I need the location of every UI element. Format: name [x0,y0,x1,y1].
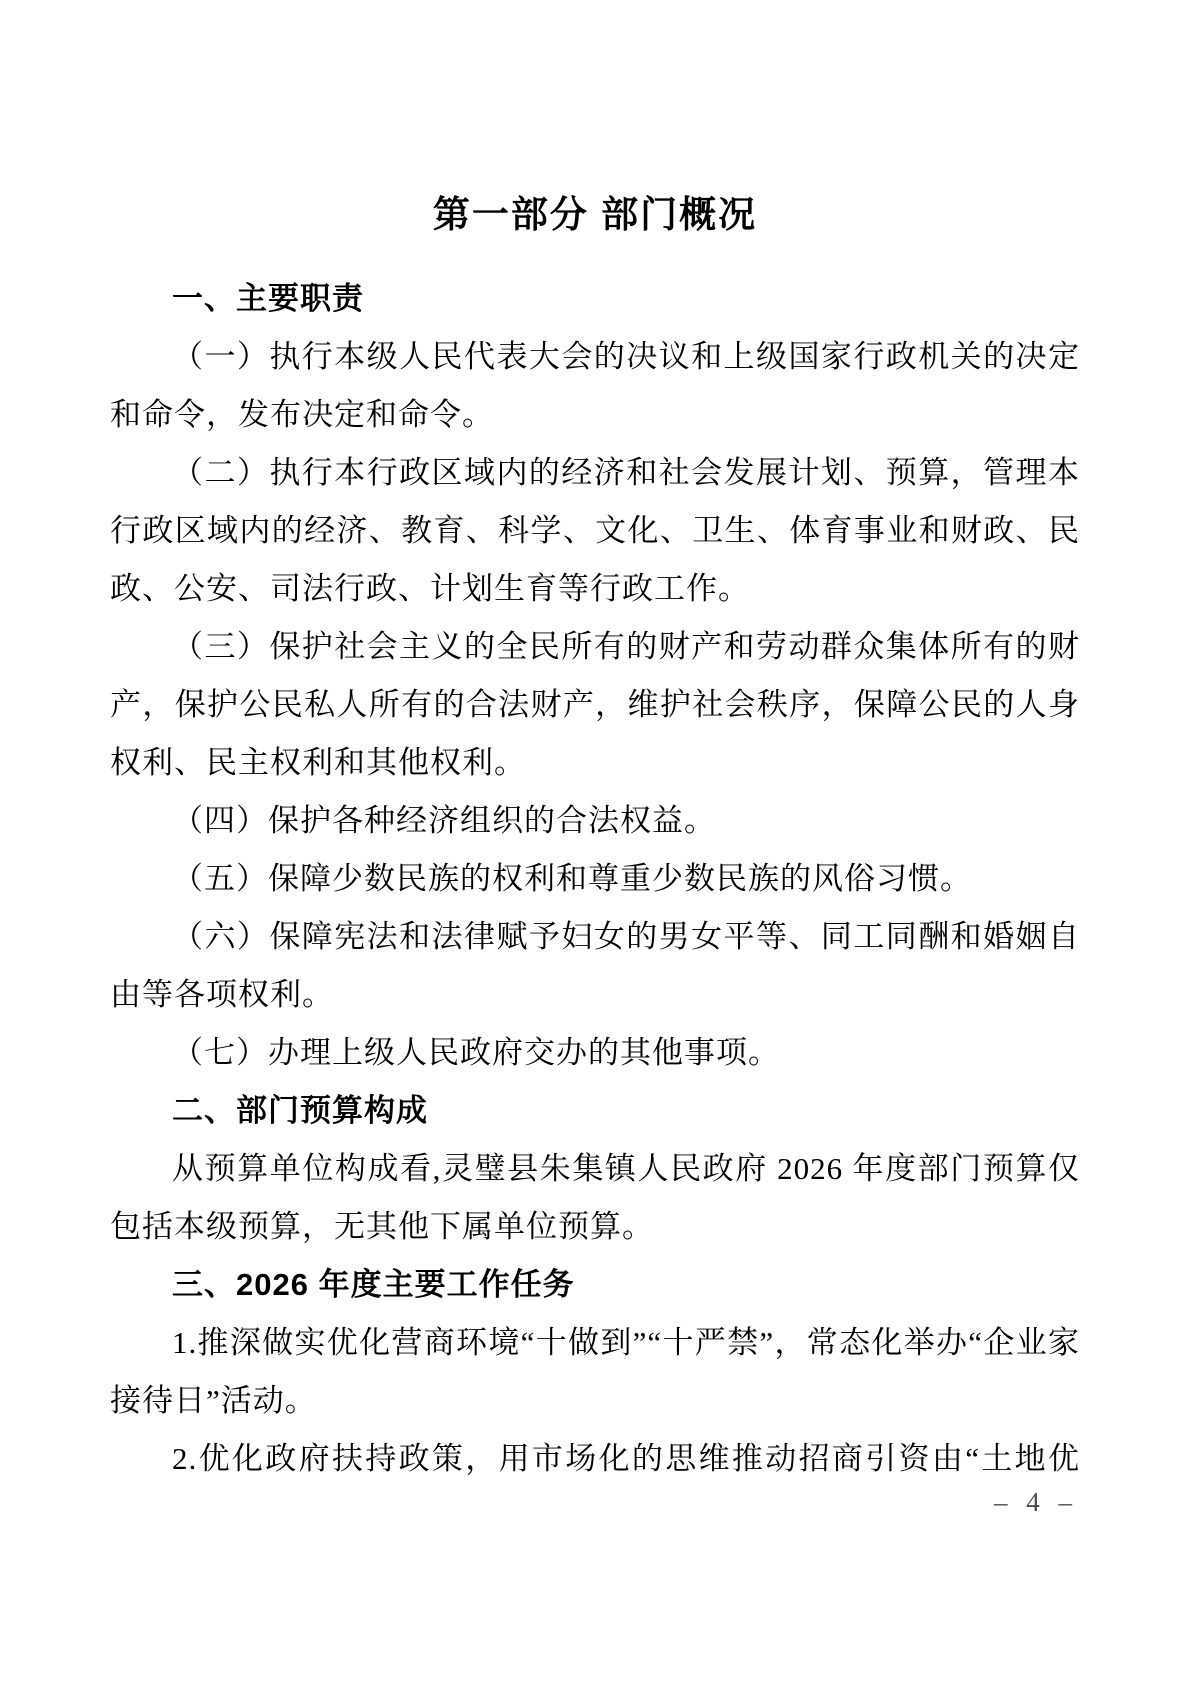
paragraph-task-1: 1.推深做实优化营商环境“十做到”“十严禁”，常态化举办“企业家接待日”活动。 [110,1314,1080,1430]
paragraph-duty-2: （二）执行本行政区域内的经济和社会发展计划、预算，管理本行政区域内的经济、教育、… [110,444,1080,618]
section-1-heading: 一、主要职责 [110,270,1080,328]
paragraph-duty-1: （一）执行本级人民代表大会的决议和上级国家行政机关的决定和命令，发布决定和命令。 [110,328,1080,444]
paragraph-budget-composition: 从预算单位构成看,灵璧县朱集镇人民政府 2026 年度部门预算仅包括本级预算，无… [110,1140,1080,1256]
page-title: 第一部分 部门概况 [110,190,1080,240]
section-work-tasks: 三、2026 年度主要工作任务 1.推深做实优化营商环境“十做到”“十严禁”，常… [110,1256,1080,1488]
paragraph-duty-5: （五）保障少数民族的权利和尊重少数民族的风俗习惯。 [110,850,1080,908]
document-page: 第一部分 部门概况 一、主要职责 （一）执行本级人民代表大会的决议和上级国家行政… [0,0,1190,1683]
paragraph-duty-3: （三）保护社会主义的全民所有的财产和劳动群众集体所有的财产，保护公民私人所有的合… [110,618,1080,792]
paragraph-duty-7: （七）办理上级人民政府交办的其他事项。 [110,1024,1080,1082]
section-main-duties: 一、主要职责 （一）执行本级人民代表大会的决议和上级国家行政机关的决定和命令，发… [110,270,1080,1082]
paragraph-task-2: 2.优化政府扶持政策，用市场化的思维推动招商引资由“土地优 [110,1430,1080,1488]
paragraph-duty-6: （六）保障宪法和法律赋予妇女的男女平等、同工同酬和婚姻自由等各项权利。 [110,908,1080,1024]
section-budget-composition: 二、部门预算构成 从预算单位构成看,灵璧县朱集镇人民政府 2026 年度部门预算… [110,1082,1080,1256]
page-number: – 4 – [994,1487,1078,1517]
section-2-heading: 二、部门预算构成 [110,1082,1080,1140]
section-3-heading: 三、2026 年度主要工作任务 [110,1256,1080,1314]
paragraph-duty-4: （四）保护各种经济组织的合法权益。 [110,792,1080,850]
